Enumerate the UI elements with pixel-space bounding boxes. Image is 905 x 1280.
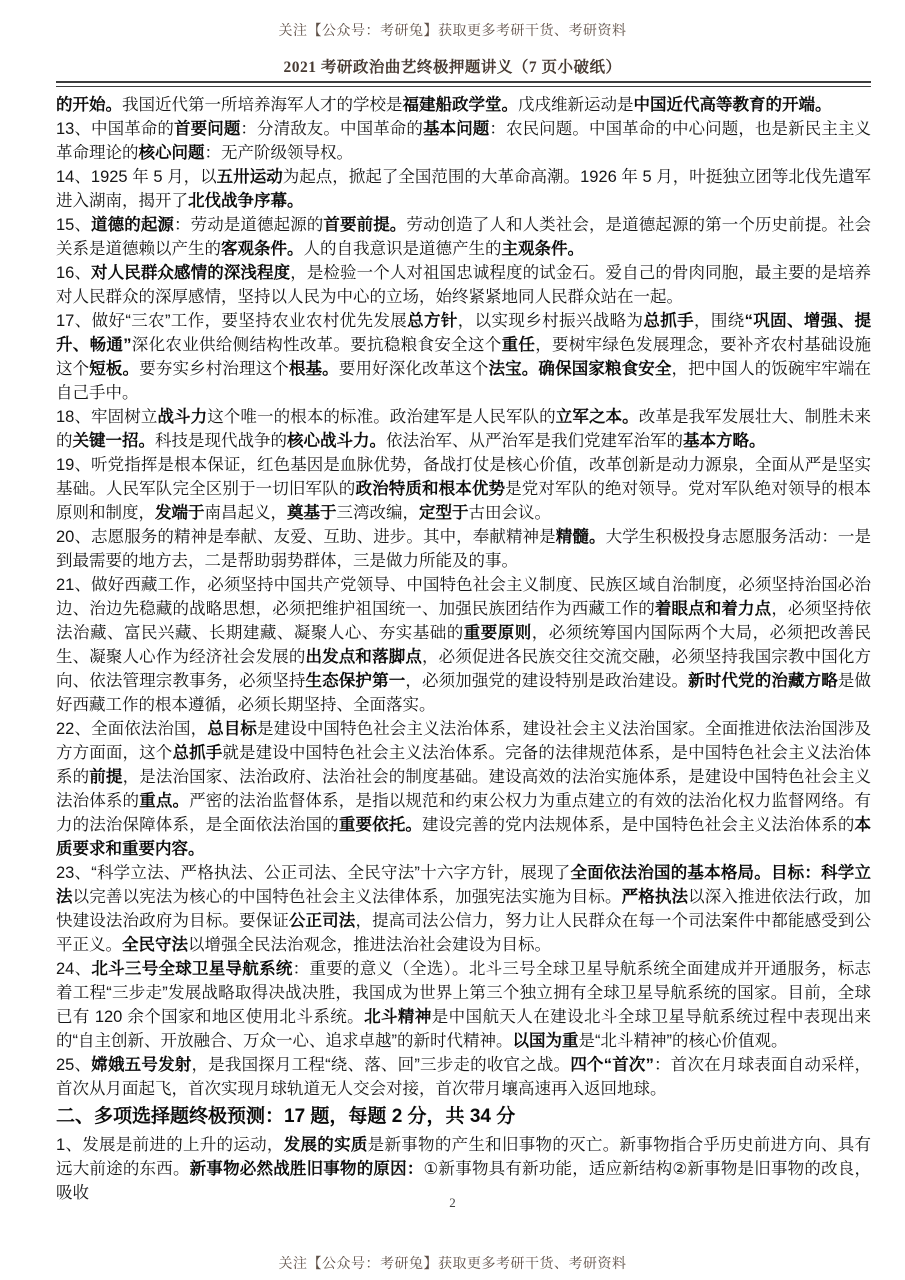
document-page: 关注【公众号：考研兔】获取更多考研干货、考研资料 2021 考研政治曲艺终极押题… (0, 0, 905, 1280)
paragraph: 25、嫦娥五号发射，是我国探月工程“绕、落、回”三步走的收官之战。四个“首次”：… (56, 1053, 871, 1101)
paragraph: 20、志愿服务的精神是奉献、友爱、互助、进步。其中，奉献精神是精髓。大学生积极投… (56, 525, 871, 573)
paragraph: 18、牢固树立战斗力这个唯一的根本的标准。政治建军是人民军队的立军之本。改革是我… (56, 405, 871, 453)
paragraph: 16、对人民群众感情的深浅程度，是检验一个人对祖国忠诚程度的试金石。爱自己的骨肉… (56, 261, 871, 309)
paragraph: 13、中国革命的首要问题：分清敌友。中国革命的基本问题：农民问题。中国革命的中心… (56, 117, 871, 165)
paragraph: 24、北斗三号全球卫星导航系统：重要的意义（全选）。北斗三号全球卫星导航系统全面… (56, 957, 871, 1053)
paragraph: 14、1925 年 5 月，以五卅运动为起点，掀起了全国范围的大革命高潮。192… (56, 165, 871, 213)
section-heading: 二、多项选择题终极预测：17 题，每题 2 分，共 34 分 (56, 1101, 871, 1133)
page-title: 2021 考研政治曲艺终极押题讲义（7 页小破纸） (0, 55, 905, 77)
footer-note: 关注【公众号：考研兔】获取更多考研干货、考研资料 (0, 1253, 905, 1273)
page-number: 2 (0, 1195, 905, 1211)
paragraph: 17、做好“三农”工作，要坚持农业农村优先发展总方针，以实现乡村振兴战略为总抓手… (56, 309, 871, 405)
title-divider (56, 81, 871, 87)
paragraph: 15、道德的起源：劳动是道德起源的首要前提。劳动创造了人和人类社会，是道德起源的… (56, 213, 871, 261)
paragraph: 23、“科学立法、严格执法、公正司法、全民守法”十六字方针，展现了全面依法治国的… (56, 861, 871, 957)
paragraph: 19、听党指挥是根本保证，红色基因是血脉优势，备战打仗是核心价值，改革创新是动力… (56, 453, 871, 525)
document-body: 的开始。我国近代第一所培养海军人才的学校是福建船政学堂。戊戌维新运动是中国近代高… (56, 93, 871, 1205)
header-note: 关注【公众号：考研兔】获取更多考研干货、考研资料 (0, 20, 905, 40)
paragraph: 22、全面依法治国，总目标是建设中国特色社会主义法治体系，建设社会主义法治国家。… (56, 717, 871, 861)
paragraph: 21、做好西藏工作，必须坚持中国共产党领导、中国特色社会主义制度、民族区域自治制… (56, 573, 871, 717)
paragraph: 的开始。我国近代第一所培养海军人才的学校是福建船政学堂。戊戌维新运动是中国近代高… (56, 93, 871, 117)
